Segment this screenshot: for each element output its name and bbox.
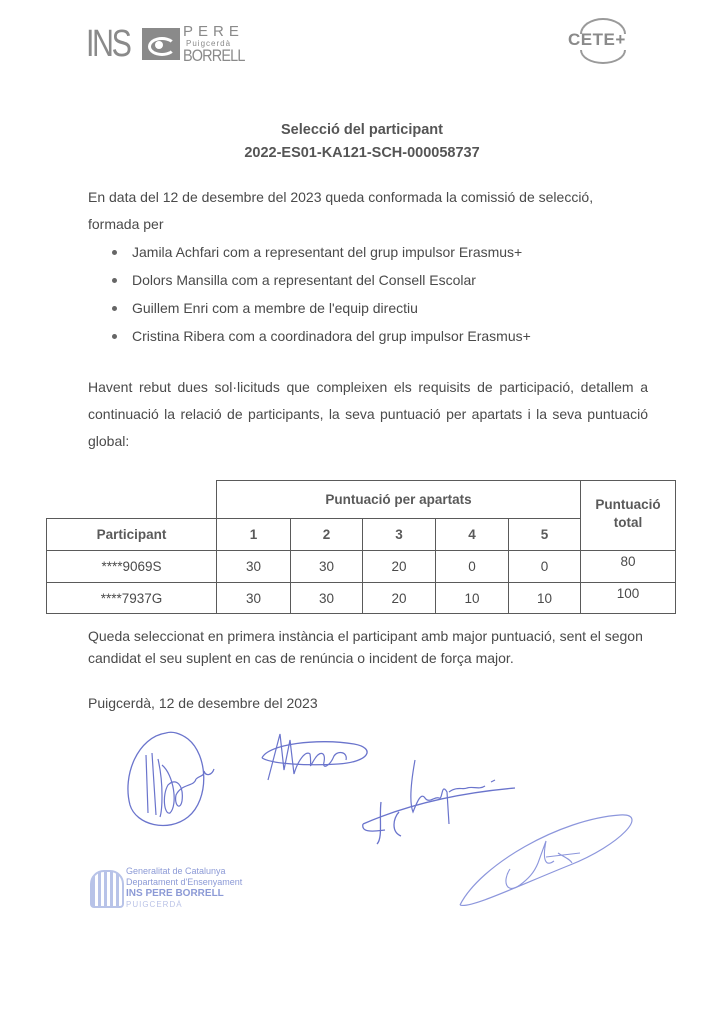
score-cell: 10 xyxy=(509,583,580,613)
place-date: Puigcerdà, 12 de desembre del 2023 xyxy=(88,695,318,711)
score-cell: 10 xyxy=(436,583,508,613)
committee-member: Guillem Enri com a membre de l'equip dir… xyxy=(112,294,632,322)
document-title: Selecció del participant xyxy=(0,122,724,138)
stamp-line: INS PERE BORRELL xyxy=(126,888,224,899)
ins-pere-borrell-logo: INS PERE Puigcerdà BORRELL xyxy=(86,22,246,64)
score-cell: 0 xyxy=(436,551,508,582)
project-code: 2022-ES01-KA121-SCH-000058737 xyxy=(0,145,724,161)
logo-ins-text: INS xyxy=(86,24,129,64)
section-header-3: 3 xyxy=(363,519,435,550)
section-header-4: 4 xyxy=(436,519,508,550)
stamp-line: Departament d'Ensenyament xyxy=(126,877,242,887)
score-cell: 30 xyxy=(217,551,290,582)
official-stamp: Generalitat de Catalunya Departament d'E… xyxy=(90,866,270,916)
section-header-5: 5 xyxy=(509,519,580,550)
scores-table: Puntuació per apartats Puntuació total P… xyxy=(46,480,676,614)
score-cell: 30 xyxy=(291,583,362,613)
logo-borrell-text: BORRELL xyxy=(183,47,245,64)
participant-id: ****7937G xyxy=(47,583,216,613)
score-cell: 0 xyxy=(509,551,580,582)
section-header-2: 2 xyxy=(291,519,362,550)
globe-arc-icon xyxy=(580,50,626,64)
stamp-line: PUIGCERDÀ xyxy=(126,900,183,909)
total-header: Puntuació total xyxy=(581,486,675,542)
applications-paragraph: Havent rebut dues sol·licituds que compl… xyxy=(88,374,648,455)
total-score: 100 xyxy=(581,578,675,608)
intro-paragraph: En data del 12 de desembre del 2023 qued… xyxy=(88,184,648,238)
signature-1 xyxy=(118,725,228,835)
eye-icon xyxy=(142,28,180,60)
participant-id: ****9069S xyxy=(47,551,216,582)
section-header-1: 1 xyxy=(217,519,290,550)
committee-member: Cristina Ribera com a coordinadora del g… xyxy=(112,322,632,350)
cete-logo: CETE+ xyxy=(566,16,646,64)
committee-list: Jamila Achfari com a representant del gr… xyxy=(112,238,632,350)
committee-member: Dolors Mansilla com a representant del C… xyxy=(112,266,632,294)
score-cell: 20 xyxy=(363,551,435,582)
score-cell: 20 xyxy=(363,583,435,613)
signature-4 xyxy=(450,805,640,915)
stamp-line: Generalitat de Catalunya xyxy=(126,866,226,876)
logo-pere-text: PERE xyxy=(183,24,244,39)
conclusion-paragraph: Queda seleccionat en primera instància e… xyxy=(88,625,648,669)
cete-logo-text: CETE+ xyxy=(568,30,626,50)
catalonia-emblem-icon xyxy=(90,870,124,908)
committee-member: Jamila Achfari com a representant del gr… xyxy=(112,238,632,266)
group-header: Puntuació per apartats xyxy=(217,481,580,518)
participant-header: Participant xyxy=(47,519,216,550)
score-cell: 30 xyxy=(291,551,362,582)
total-score: 80 xyxy=(581,546,675,577)
score-cell: 30 xyxy=(217,583,290,613)
